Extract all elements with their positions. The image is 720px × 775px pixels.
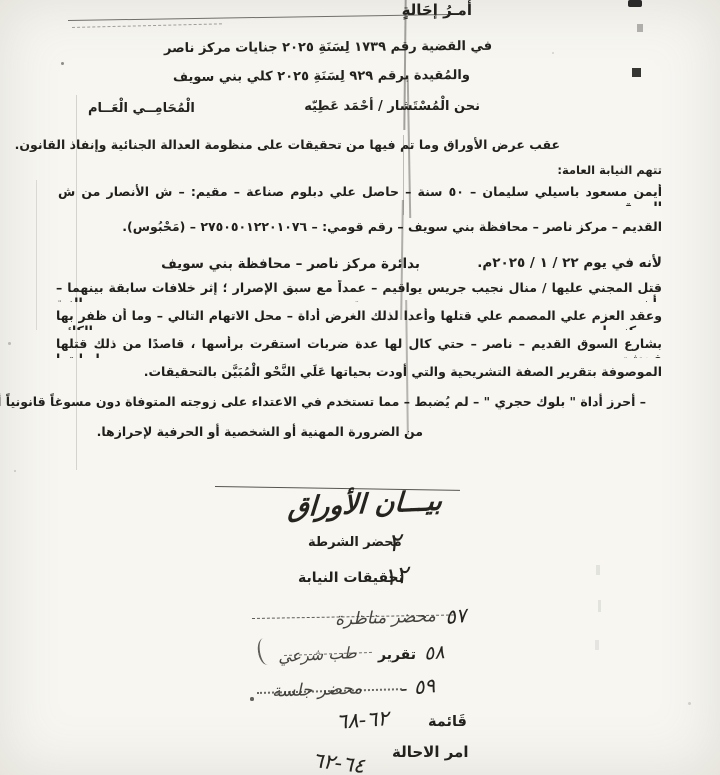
defendant-info-line: القديم – مركز ناصر – محافظة بني سويف – ر… — [122, 219, 662, 234]
charge1-line: بشارع السوق القديم – ناصر – حتي كال لها … — [56, 336, 662, 358]
item-page-number: ٥٩ - — [399, 673, 436, 701]
charge1-line: الموصوفة بتقرير الصفة التشريحية والتي أو… — [144, 364, 662, 379]
scan-mark — [628, 0, 642, 7]
item-label-printed: تقرير — [378, 647, 416, 663]
item-page-number: ٦٤-٦٢ — [311, 748, 366, 775]
scan-smudge — [598, 600, 601, 612]
scan-speck — [61, 62, 64, 65]
item-label: محضر الشرطة — [308, 535, 402, 550]
item-label: امر الاحالة — [392, 743, 468, 761]
scan-speck — [8, 342, 11, 345]
scan-smudge — [595, 640, 599, 650]
item-page-number: ٥٧ — [444, 603, 468, 629]
title-underline-doodle — [72, 23, 222, 28]
item-label: تحقيقات النيابة — [298, 570, 404, 586]
accusation-lead: تتهم النيابة العامة: — [557, 163, 662, 177]
charge1-line: قتل المجني عليها / منال نجيب جريس يواقيم… — [56, 280, 662, 302]
scan-speck — [14, 470, 16, 472]
scan-mark — [637, 24, 643, 32]
charge2-line: – أحرز أداة " بلوك حجري " – لم يُضبط – م… — [0, 394, 646, 409]
scan-mark — [632, 68, 641, 77]
pen-flourish — [256, 637, 275, 666]
charge2-line: من الضرورة المهنية أو الشخصية أو الحرفية… — [97, 424, 423, 439]
item-label-handwritten: محضر مناظرة — [335, 606, 436, 630]
document-title: أمـرُ إحَالةٍ — [402, 1, 472, 19]
item-page-number: ٦٢-٦٨ — [335, 706, 389, 734]
title-underline — [68, 14, 450, 21]
incident-jurisdiction: بدائرة مركز ناصر – محافظة بني سويف — [161, 256, 420, 272]
registry-number-line: والمُقيدة برقم ٩٢٩ لِسَنَةِ ٢٠٢٥ كلي بني… — [173, 68, 470, 85]
incident-date: لأنه في يوم ٢٢ / ١ / ٢٠٢٥م. — [477, 255, 662, 271]
margin-line — [36, 180, 37, 330]
item-label: قَائمة — [428, 714, 467, 730]
scanned-referral-order-page: أمـرُ إحَالةٍ في القضية رقم ١٧٣٩ لِسَنَة… — [0, 0, 720, 775]
scan-smudge — [596, 565, 600, 575]
item-page-number: ٥٨ — [423, 641, 445, 665]
papers-list-title: بيـــان الأوراق — [287, 486, 443, 524]
charge1-line: وعقد العزم علي المصمم علي قتلها وأعدا لذ… — [56, 308, 662, 330]
scan-speck — [688, 702, 691, 705]
pen-dot — [250, 697, 254, 701]
defendant-info-line: أيمن مسعود باسيلي سليمان – ٥٠ سنة – حاصل… — [58, 184, 662, 206]
case-number-line: في القضية رقم ١٧٣٩ لِسَنَةِ ٢٠٢٥ جنايات … — [164, 39, 492, 56]
counselor-name: نحن الْمُسْتَشار / أحْمَد عَطِيّه — [304, 99, 480, 114]
intro-sentence: عقب عرض الأوراق وما تم فيها من تحقيقات ع… — [15, 137, 560, 152]
attorney-general-title: الْمُحَامِــي الْعَــام — [88, 101, 195, 116]
scan-speck — [552, 52, 554, 54]
